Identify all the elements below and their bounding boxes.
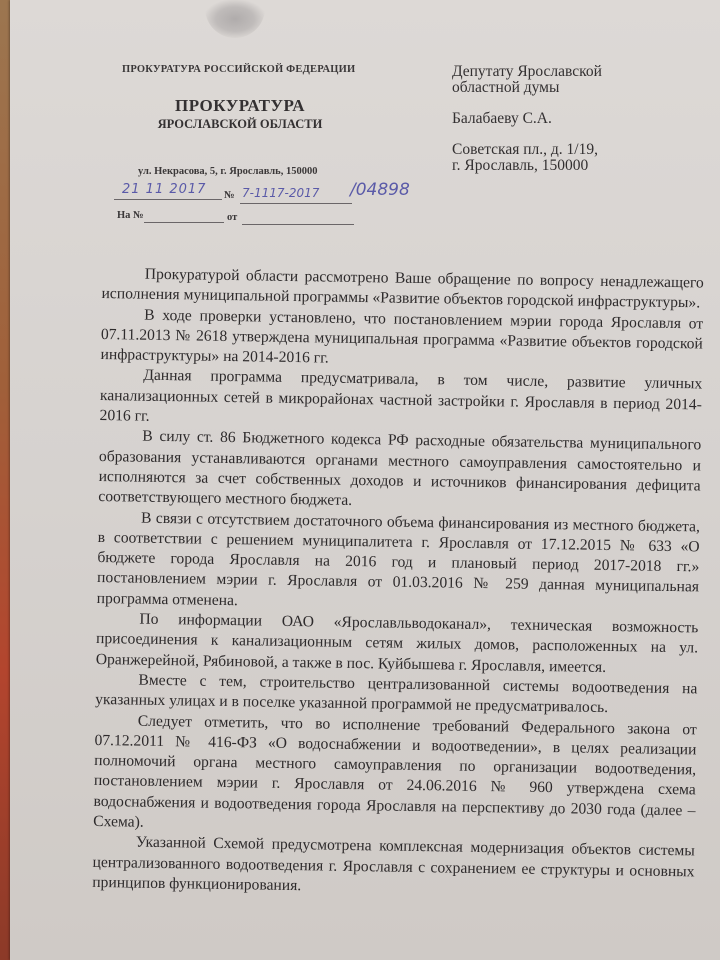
letterhead-title-line2: ЯРОСЛАВСКОЙ ОБЛАСТИ [140, 117, 340, 132]
paragraph: Указанной Схемой предусмотрена комплексн… [92, 832, 695, 902]
paragraph: В силу ст. 86 Бюджетного кодекса РФ расх… [98, 426, 701, 517]
from-underline [242, 224, 354, 225]
number-underline [240, 203, 352, 204]
handwritten-registration-suffix: /04898 [350, 180, 410, 200]
letterhead-federation: ПРОКУРАТУРА РОССИЙСКОЙ ФЕДЕРАЦИИ [122, 64, 355, 75]
addressee-position-line1: Депутату Ярославской [452, 63, 602, 80]
reply-to-underline [144, 222, 224, 223]
addressee-block: Депутату Ярославской областной думы Бала… [452, 64, 602, 189]
handwritten-date: 21 11 2017 [122, 182, 206, 197]
paragraph: В ходе проверки установлено, что постано… [100, 305, 703, 375]
addressee-address-line1: Советская пл., д. 1/19, [452, 141, 598, 158]
coat-of-arms-emblem-icon [205, 0, 265, 38]
addressee-position-line2: областной думы [452, 79, 559, 96]
paragraph: В связи с отсутствием достаточного объем… [97, 508, 701, 619]
letterhead-title: ПРОКУРАТУРА ЯРОСЛАВСКОЙ ОБЛАСТИ [140, 96, 340, 132]
paragraph: По информации ОАО «Ярославльводоканал», … [96, 609, 699, 679]
from-label: от [227, 212, 237, 223]
paragraph: Данная программа предусматривала, в том … [99, 365, 702, 435]
number-label: № [224, 190, 235, 201]
handwritten-number: 7-1117-2017 [242, 186, 319, 200]
paragraph: Следует отметить, что во исполнение треб… [93, 710, 697, 841]
letter-body: Прокуратурой области рассмотрено Ваше об… [92, 264, 704, 903]
reply-to-label: На № [117, 210, 144, 221]
letterhead-address: ул. Некрасова, 5, г. Ярославль, 150000 [138, 166, 317, 177]
letterhead-title-line1: ПРОКУРАТУРА [140, 96, 340, 116]
addressee-name: Балабаеву С.А. [452, 110, 552, 127]
document-page: ПРОКУРАТУРА РОССИЙСКОЙ ФЕДЕРАЦИИ ПРОКУРА… [10, 0, 720, 960]
date-underline [114, 199, 222, 200]
addressee-address-line2: г. Ярославль, 150000 [452, 157, 588, 174]
